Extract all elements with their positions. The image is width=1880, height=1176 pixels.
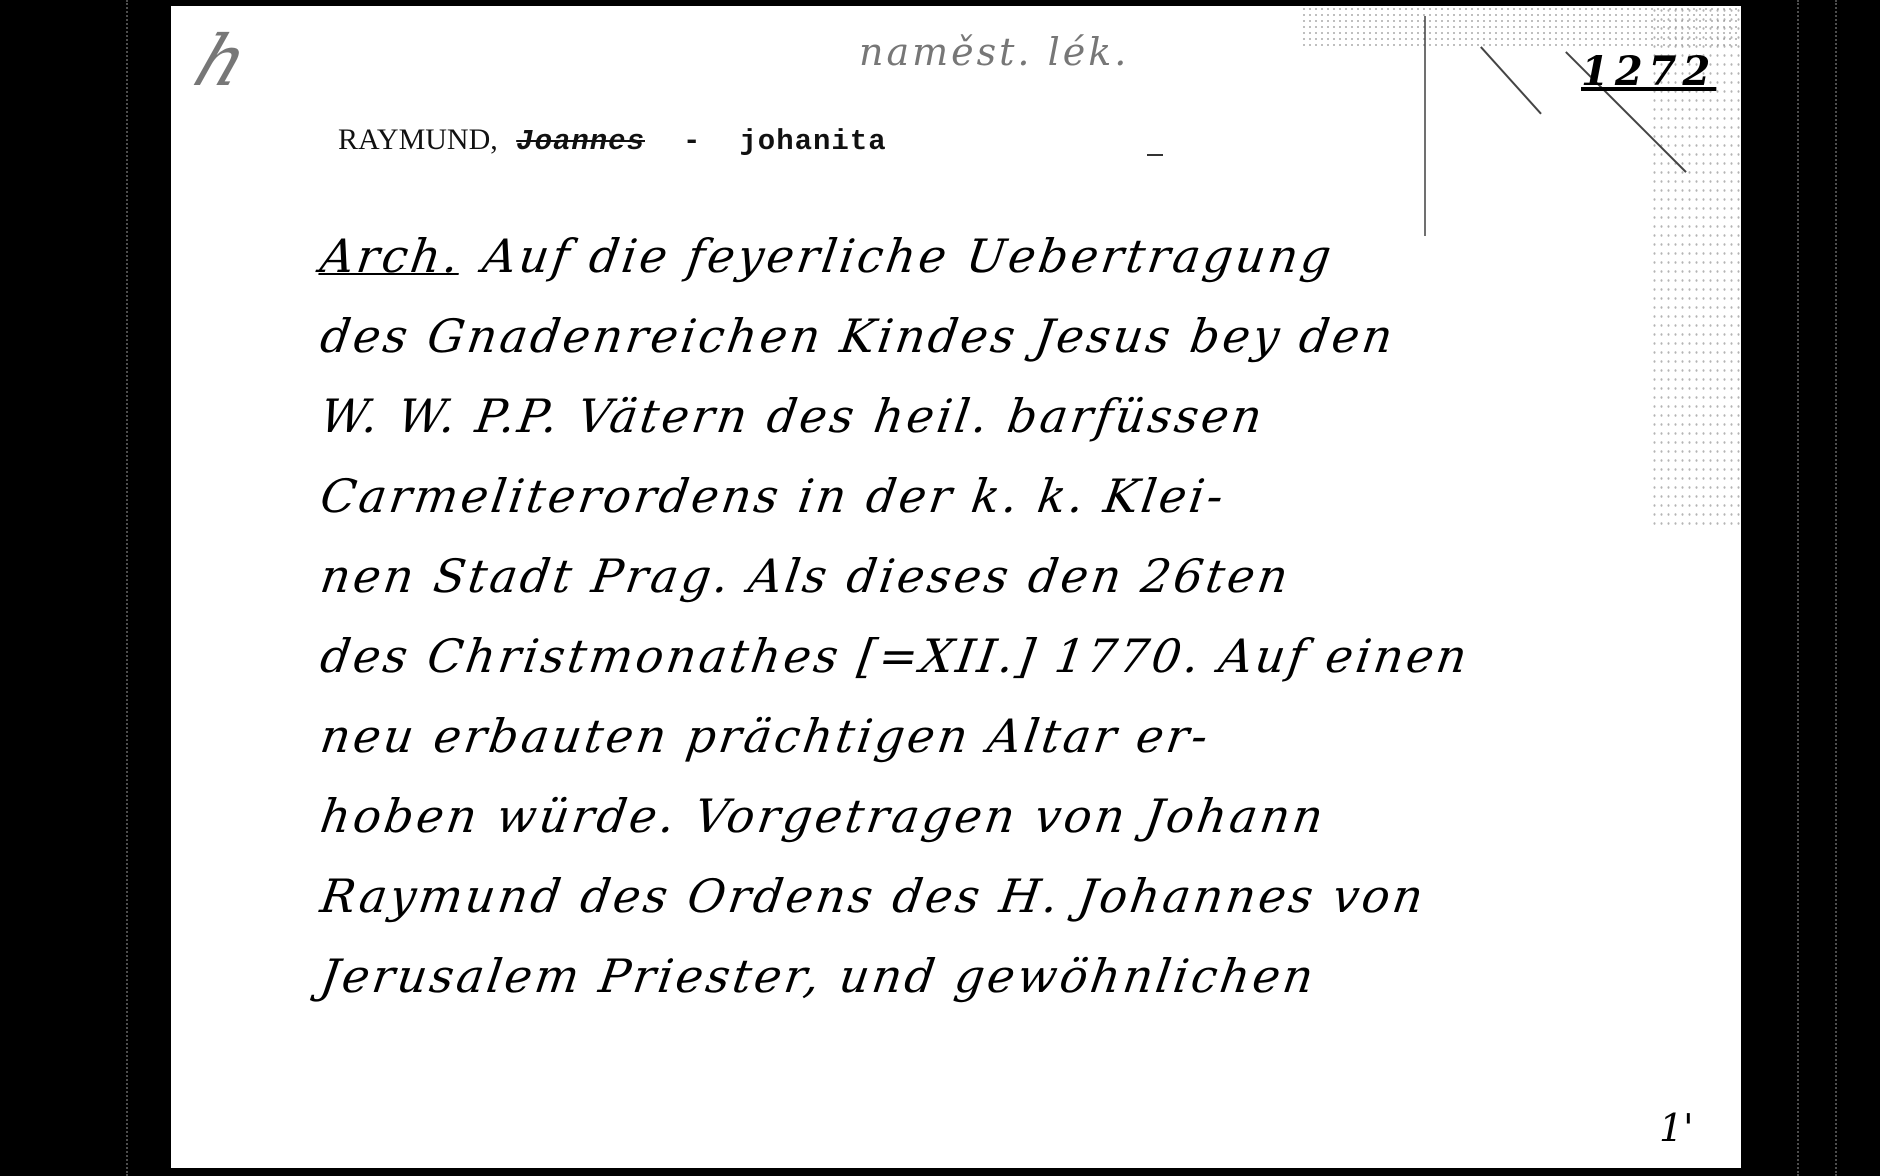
diagonal-stroke bbox=[1480, 46, 1541, 114]
body-line: hoben würde. Vorgetragen von Johann bbox=[315, 776, 1475, 856]
page-number: 1' bbox=[1659, 1106, 1694, 1150]
body-line: Arch.Auf die feyerliche Uebertragung bbox=[315, 216, 1475, 296]
body-line: nen Stadt Prag. Als dieses den 26ten bbox=[315, 536, 1475, 616]
stray-mark bbox=[1147, 154, 1163, 156]
corner-mark: h bbox=[184, 20, 259, 102]
surname: RAYMUND, bbox=[338, 123, 498, 156]
fold-line bbox=[1424, 16, 1426, 236]
scan-artifact-line bbox=[1797, 0, 1799, 1176]
scan-artifact-line bbox=[1835, 0, 1837, 1176]
body-line: des Gnadenreichen Kindes Jesus bey den bbox=[315, 296, 1475, 376]
header-annotation: naměst. lék. bbox=[859, 30, 1129, 74]
body-lead: Arch. bbox=[317, 229, 465, 283]
index-card: h naměst. lék. 1272 RAYMUND, Joannes-joh… bbox=[171, 6, 1741, 1168]
catalog-number: 1272 bbox=[1581, 48, 1716, 95]
body-line: W. W. P.P. Vätern des heil. barfüssen bbox=[315, 376, 1475, 456]
scan-artifact-line bbox=[126, 0, 128, 1176]
body-line: Carmeliterordens in der k. k. Klei- bbox=[315, 456, 1475, 536]
body-line: Jerusalem Priester, und gewöhnlichen bbox=[315, 936, 1475, 1016]
descriptor: johanita bbox=[739, 125, 886, 158]
heading-separator: - bbox=[683, 125, 701, 158]
body-line: Raymund des Ordens des H. Johannes von bbox=[315, 856, 1475, 936]
body-line: neu erbauten prächtigen Altar er- bbox=[315, 696, 1475, 776]
handwritten-body: Arch.Auf die feyerliche Uebertragung des… bbox=[321, 216, 1469, 1016]
body-line: des Christmonathes [=XII.] 1770. Auf ein… bbox=[315, 616, 1475, 696]
typed-heading: RAYMUND, Joannes-johanita bbox=[338, 123, 887, 158]
given-name: Joannes bbox=[516, 125, 645, 158]
